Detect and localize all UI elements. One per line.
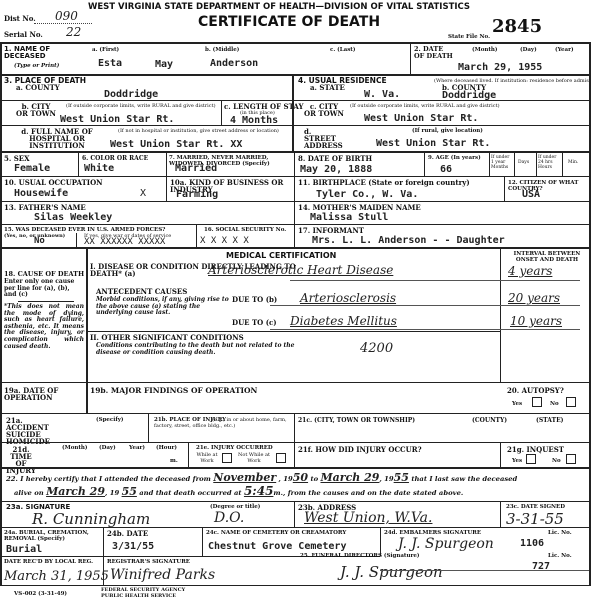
armed-forces-row: 15. WAS DECEASED EVER IN U.S. ARMED FORC… <box>0 225 591 247</box>
burial-value: Burial <box>6 544 42 555</box>
days-label: Days <box>518 160 529 166</box>
age-label: 9. AGE (In years) <box>428 155 481 161</box>
injury-row-1: 21a. ACCIDENT SUICIDE HOMICIDE (Specify)… <box>0 414 591 442</box>
public-health-service: PUBLIC HEALTH SERVICE <box>101 593 176 599</box>
last-name-label: c. (Last) <box>330 47 355 53</box>
middle-name-label: b. (Middle) <box>205 47 239 53</box>
age-value: 66 <box>440 164 452 175</box>
attended-to-date: March 29 <box>321 471 380 484</box>
cause-b-value: Arteriosclerosis <box>300 291 396 305</box>
attended-from-year: 50 <box>293 471 308 484</box>
physician-signature-row: 23a. SIGNATURE R. Cunningham (Degree or … <box>0 502 591 527</box>
state-file-number: 2845 <box>492 16 542 37</box>
document-title: CERTIFICATE OF DEATH <box>198 14 380 30</box>
cause-footnote: *This does not mean the mode of dying, s… <box>4 304 84 350</box>
mother-value: Malissa Stull <box>310 212 388 223</box>
funeral-lic-label: Lic. No. <box>548 553 572 559</box>
antecedent-label: ANTECEDENT CAUSES <box>96 288 187 295</box>
name-of-deceased-section: 1. NAME OF DECEASED (Type or Print) a. (… <box>0 44 591 74</box>
other-conditions-value: 4200 <box>360 341 393 356</box>
certify-line-1: 22. I hereby certify that I attended the… <box>6 474 517 483</box>
hospital-label: d. FULL NAME OF HOSPITAL OR INSTITUTION <box>16 128 98 149</box>
other-conditions-label: II. OTHER SIGNIFICANT CONDITIONS <box>90 334 244 341</box>
cause-a-value: Arteriosclerotic Heart Disease <box>208 263 393 277</box>
date-received-label: DATE REC'D BY LOCAL REG. <box>4 559 100 565</box>
burial-date-label: 24b. DATE <box>107 530 148 537</box>
autopsy-yes-checkbox[interactable] <box>532 397 542 407</box>
dist-no-label: Dist No. <box>4 15 36 22</box>
burial-label: 24a. BURIAL, CREMATION, REMOVAL (Specify… <box>4 530 100 542</box>
injury-row-2: 21d. TIME OF INJURY (Month) (Day) Year) … <box>0 443 591 467</box>
length-of-stay-label: c. LENGTH OF STAY <box>224 103 304 110</box>
race-value: White <box>84 163 114 174</box>
injury-state-label: (STATE) <box>536 417 564 424</box>
occupation-mark: X <box>140 188 146 199</box>
informant-value: Mrs. L. L. Anderson - - Daughter <box>312 235 505 246</box>
while-at-work-checkbox[interactable] <box>222 453 232 463</box>
inquest-no-checkbox[interactable] <box>566 454 576 464</box>
cause-c-value: Diabetes Mellitus <box>290 314 397 328</box>
place-of-death-section: 3. PLACE OF DEATH a. COUNTY Doddridge b.… <box>0 76 292 151</box>
registrar-signature: Winifred Parks <box>110 567 215 583</box>
dob-label: 8. DATE OF BIRTH <box>298 155 372 162</box>
last-seen-alive-year: 55 <box>122 485 137 498</box>
cause-instructions: Enter only one cause per line for (a), (… <box>4 279 84 299</box>
certify-line-2: alive on March 29, 19 55 and that death … <box>14 488 463 497</box>
header: WEST VIRGINIA STATE DEPARTMENT OF HEALTH… <box>0 0 591 42</box>
due-to-c-label: DUE TO (c) <box>232 319 277 326</box>
medical-certification-section: 18. CAUSE OF DEATH Enter only one cause … <box>0 249 591 382</box>
interval-b-value: 20 years <box>508 291 560 305</box>
injury-county-label: (COUNTY) <box>472 417 507 424</box>
attended-from-date: November <box>213 471 276 484</box>
accident-label: 21a. ACCIDENT SUICIDE HOMICIDE <box>6 417 66 445</box>
injury-year-label: Year) <box>129 445 145 451</box>
father-label: 13. FATHER'S NAME <box>4 204 86 211</box>
last-seen-alive-date: March 29 <box>46 485 105 498</box>
embalmer-lic-label: Lic. No. <box>548 530 572 536</box>
funeral-director-label: 25. FUNERAL DIRECTORS (Signature) <box>300 553 419 559</box>
business-value: Farming <box>176 189 218 200</box>
form-number: VS-002 (3-31-49) <box>14 591 67 597</box>
due-to-b-label: DUE TO (b) <box>232 296 277 303</box>
res-city-note: (If outside corporate limits, write RURA… <box>350 103 500 109</box>
not-while-at-work-checkbox[interactable] <box>276 453 286 463</box>
time-of-death: 5:45 <box>244 484 273 498</box>
date-signed-value: 3-31-55 <box>506 510 564 528</box>
inquest-yes-label: Yes <box>512 458 522 464</box>
race-label: 6. COLOR OR RACE <box>82 155 148 162</box>
autopsy-yes-label: Yes <box>512 401 522 407</box>
physician-signature: R. Cunningham <box>32 510 150 528</box>
res-city-label: c. CITY OR TOWN <box>304 103 344 117</box>
attended-to-year: 55 <box>394 471 409 484</box>
injury-month-label: (Month) <box>62 445 88 451</box>
occupation-value: Housewife <box>14 188 68 199</box>
autopsy-label: 20. AUTOPSY? <box>507 387 564 394</box>
degree-value: D.O. <box>214 510 244 526</box>
citizen-label: 12. CITIZEN OF WHAT COUNTRY? <box>508 180 588 192</box>
interval-a-value: 4 years <box>508 264 552 278</box>
pod-city-note: (If outside corporate limits, write RURA… <box>66 103 216 109</box>
antecedent-note: Morbid conditions, if any, giving rise t… <box>96 297 236 317</box>
mother-label: 14. MOTHER'S MAIDEN NAME <box>298 204 421 211</box>
middle-name-value: May <box>155 59 173 70</box>
under-year-months-label: If under 1 year Months <box>491 155 513 170</box>
under-24-hours-label: If under 24 hrs Hours <box>538 155 562 170</box>
armed-forces-value: No <box>34 236 45 247</box>
dist-no-value: 090 <box>55 9 78 23</box>
operation-row: 19a. DATE OF OPERATION 19b. MAJOR FINDIN… <box>0 383 591 413</box>
pod-county-label: a. COUNTY <box>16 84 60 91</box>
citizen-value: USA <box>522 189 540 200</box>
date-received-value: March 31, 1955 <box>4 569 109 584</box>
autopsy-no-label: No <box>550 401 559 407</box>
hospital-note: (If not in hospital or institution, give… <box>118 128 279 134</box>
address-value: West Union, W.Va. <box>304 510 432 526</box>
medical-certification-heading: MEDICAL CERTIFICATION <box>226 252 336 259</box>
how-injury-label: 21f. HOW DID INJURY OCCUR? <box>298 446 422 453</box>
while-at-work-label: While at Work <box>196 452 218 464</box>
autopsy-no-checkbox[interactable] <box>566 397 576 407</box>
interval-c-value: 10 years <box>510 314 562 328</box>
usual-residence-section: 4. USUAL RESIDENCE (Where deceased lived… <box>294 76 591 151</box>
cemetery-value: Chestnut Grove Cemetery <box>208 541 346 552</box>
personal-row-2: 10. USUAL OCCUPATION Housewife X 10a. KI… <box>0 177 591 201</box>
sex-value: Female <box>14 163 50 174</box>
burial-row: 24a. BURIAL, CREMATION, REMOVAL (Specify… <box>0 528 591 556</box>
registrar-row: DATE REC'D BY LOCAL REG. March 31, 1955 … <box>0 557 591 585</box>
injury-day-label: (Day) <box>99 445 116 451</box>
place-of-injury-note: (e.g., in or about home, farm, factory, … <box>154 417 294 429</box>
embalmer-lic-value: 1106 <box>520 538 544 549</box>
res-street-label: d. STREET ADDRESS <box>304 128 344 149</box>
first-name-label: a. (First) <box>92 47 119 53</box>
operation-findings-label: 19b. MAJOR FINDINGS OF OPERATION <box>90 387 257 394</box>
parents-row: 13. FATHER'S NAME Silas Weekley 14. MOTH… <box>0 202 591 224</box>
name-label: 1. NAME OF DECEASED <box>4 46 84 60</box>
res-street-value: West Union Star Rt. <box>376 138 490 149</box>
hospital-value: West Union Star Rt. XX <box>110 139 242 150</box>
res-street-note: (If rural, give location) <box>412 128 483 134</box>
burial-date-value: 3/31/55 <box>112 541 154 552</box>
injury-m-label: m. <box>170 458 178 464</box>
interval-label: INTERVAL BETWEEN ONSET AND DEATH <box>504 251 590 263</box>
name-sublabel: (Type or Print) <box>14 63 59 69</box>
department-heading: WEST VIRGINIA STATE DEPARTMENT OF HEALTH… <box>88 3 470 12</box>
informant-label: 17. INFORMANT <box>298 227 364 234</box>
date-of-operation-label: 19a. DATE OF OPERATION <box>4 387 84 401</box>
cemetery-label: 24c. NAME OF CEMETERY OR CREAMATORY <box>206 530 346 536</box>
pod-county-value: Doddridge <box>104 89 158 100</box>
res-city-value: West Union Star Rt. <box>364 113 478 124</box>
accident-specify: (Specify) <box>96 417 124 423</box>
res-state-value: W. Va. <box>364 89 400 100</box>
embalmer-signature: J. J. Spurgeon <box>398 536 494 552</box>
pod-city-label: b. CITY OR TOWN <box>16 103 56 117</box>
birthplace-label: 11. BIRTHPLACE (State or foreign country… <box>298 179 470 186</box>
ssn-label: 16. SOCIAL SECURITY No. <box>204 227 286 233</box>
last-name-value: Anderson <box>210 58 258 69</box>
inquest-no-label: No <box>552 458 561 464</box>
dod-year-label: (Year) <box>555 47 574 53</box>
ssn-value: X X X X X <box>200 236 249 247</box>
personal-row-1: 5. SEX Female 6. COLOR OR RACE White 7. … <box>0 153 591 176</box>
father-value: Silas Weekley <box>34 212 112 223</box>
other-conditions-note: Conditions contributing to the death but… <box>96 343 310 356</box>
date-of-death-label: 2. DATE OF DEATH <box>414 46 454 60</box>
inquest-label: 21g. INQUEST <box>507 446 564 453</box>
injury-hour-label: (Hour) <box>156 445 177 451</box>
not-while-at-work-label: Not While at Work <box>236 452 272 464</box>
inquest-yes-checkbox[interactable] <box>526 454 536 464</box>
injury-city-label: 21c. (CITY, TOWN OR TOWNSHIP) <box>298 417 415 424</box>
footer: VS-002 (3-31-49) FEDERAL SECURITY AGENCY… <box>0 586 591 603</box>
res-state-label: a. STATE <box>310 84 345 91</box>
sex-label: 5. SEX <box>4 155 30 162</box>
injury-occurred-label: 21e. INJURY OCCURRED <box>196 445 273 451</box>
state-file-no-label: State File No. <box>448 34 490 40</box>
occupation-label: 10. USUAL OCCUPATION <box>4 179 103 186</box>
cause-of-death-label: 18. CAUSE OF DEATH <box>4 271 84 278</box>
date-of-death-value: March 29, 1955 <box>458 62 542 73</box>
dob-value: May 20, 1888 <box>300 164 372 175</box>
birthplace-value: Tyler Co., W. Va. <box>316 189 418 200</box>
certification-statement: 22. I hereby certify that I attended the… <box>0 469 591 501</box>
first-name-value: Esta <box>98 58 122 69</box>
dod-month-label: (Month) <box>472 47 498 53</box>
dod-day-label: (Day) <box>520 47 537 53</box>
marital-value: Married <box>175 163 217 174</box>
serial-no-value: 22 <box>66 25 81 39</box>
min-label: Min. <box>568 160 578 166</box>
serial-no-label: Serial No. <box>4 31 43 38</box>
pod-city-value: West Union Star Rt. <box>60 114 174 125</box>
registrar-signature-label: REGISTRAR'S SIGNATURE <box>107 559 190 565</box>
funeral-director-signature: J. J. Spurgeon <box>340 563 443 581</box>
